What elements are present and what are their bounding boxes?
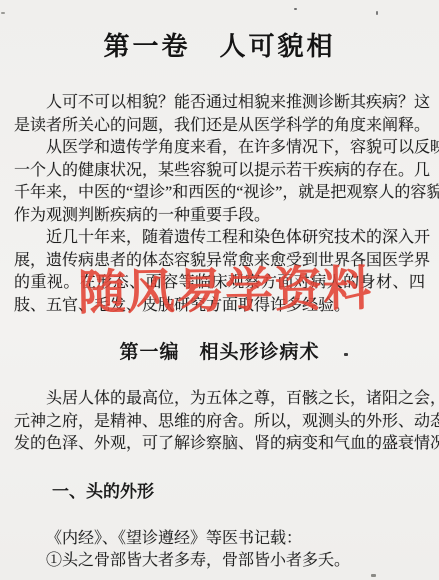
text-line: 的重视。在形态、面容等临床观察方面对病人的身材、四 — [14, 272, 425, 295]
paragraph-head-intro: 头居人体的最高位，为五体之尊，百骸之长，诸阳之会， 元神之府，是精神、思维的府舍… — [14, 388, 425, 456]
text-line: 《内经》、《望诊遵经》等医书记载： — [14, 528, 425, 551]
text-line: 展，遗传病患者的体态容貌异常愈来愈受到世界各国医学界 — [14, 250, 425, 273]
text-line: 作为观测判断疾病的一种重要手段。 — [14, 205, 425, 228]
text-line: 从医学和遗传学角度来看，在许多情况下，容貌可以反映 — [14, 137, 425, 160]
text-line: 元神之府，是精神、思维的府舍。所以，观测头的外形、动态， — [14, 411, 425, 434]
paragraph-intro: 人可不可以相貌？能否通过相貌来推测诊断其疾病？这 是读者所关心的问题，我们还是从… — [14, 92, 425, 317]
page-content: 第一卷 人可貌相 人可不可以相貌？能否通过相貌来推测诊断其疾病？这 是读者所关心… — [0, 31, 439, 573]
text-line: 是读者所关心的问题，我们还是从医学科学的角度来阐释。 — [14, 115, 425, 138]
text-line: 肢、五官、毛发、皮肤研究方面取得许多经验。 — [14, 295, 425, 318]
scan-speck — [344, 353, 348, 356]
text-line: 人可不可以相貌？能否通过相貌来推测诊断其疾病？这 — [14, 92, 425, 115]
paragraph-citations: 《内经》、《望诊遵经》等医书记载： ①头之骨部皆大者多寿，骨部皆小者多夭。 — [14, 528, 425, 573]
scan-speck — [371, 574, 376, 577]
subsection-title: 一、头的外形 — [14, 482, 425, 501]
section-title: 第一编 相头形诊病术 — [14, 341, 425, 364]
scanned-book-page: 第一卷 人可貌相 人可不可以相貌？能否通过相貌来推测诊断其疾病？这 是读者所关心… — [0, 0, 439, 580]
volume-title: 第一卷 人可貌相 — [14, 31, 425, 63]
text-line: 头居人体的最高位，为五体之尊，百骸之长，诸阳之会， — [14, 388, 425, 411]
scan-speck — [376, 11, 378, 15]
scan-speck — [294, 8, 297, 10]
text-line: 一个人的健康状况，某些容貌可以提示若干疾病的存在。几 — [14, 160, 425, 183]
text-line: 千年来，中医的“望诊”和西医的“视诊”，就是把观察人的容貌 — [14, 182, 425, 205]
text-line: 发的色泽、外观，可了解诊察脑、肾的病变和气血的盛衰情况。 — [14, 433, 425, 456]
scan-speck — [1, 12, 5, 14]
text-line: 近几十年来，随着遗传工程和染色体研究技术的深入开 — [14, 227, 425, 250]
text-line: ①头之骨部皆大者多寿，骨部皆小者多夭。 — [14, 550, 425, 573]
